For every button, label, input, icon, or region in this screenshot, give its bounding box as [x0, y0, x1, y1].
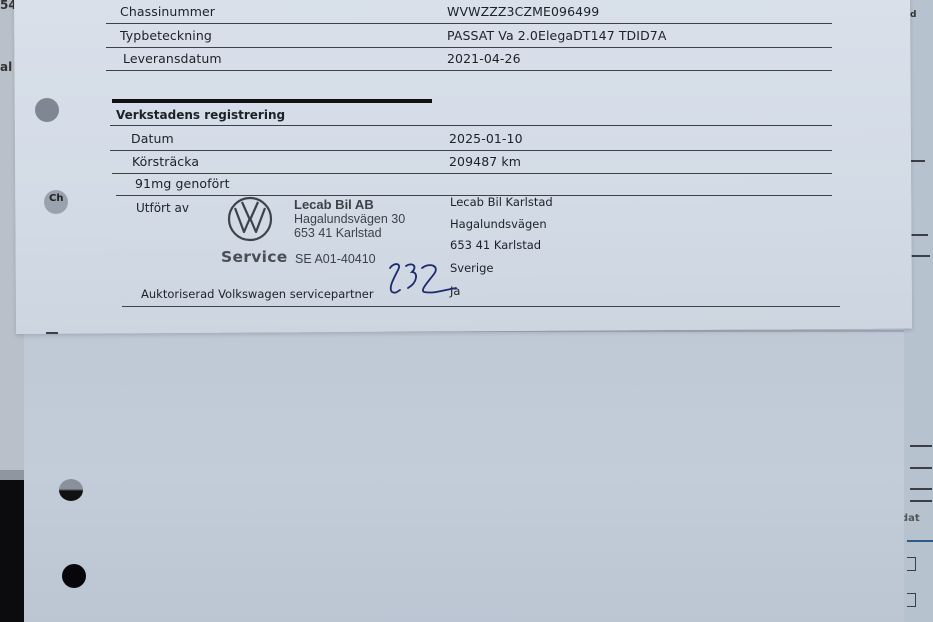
address-line: Hagalundsvägen: [450, 217, 547, 231]
background-text: Ch: [49, 193, 63, 204]
partner-label: Auktoriserad Volkswagen servicepartner: [141, 287, 374, 301]
row-label: Körsträcka: [132, 154, 199, 169]
row-label: Chassinummer: [120, 4, 215, 19]
background-checkbox: [907, 593, 916, 607]
row-value: 209487 km: [449, 154, 521, 169]
dealer-stamp: Lecab Bil AB Hagalundsvägen 30 653 41 Ka…: [294, 198, 405, 240]
dealer-id: SE A01-40410: [295, 252, 376, 266]
background-line: [907, 540, 933, 542]
background-line: [910, 488, 932, 490]
background-text: al: [0, 60, 12, 74]
row-value: PASSAT Va 2.0ElegaDT147 TDID7A: [447, 28, 667, 43]
row-value: 2025-01-10: [449, 131, 523, 146]
row-value: WVWZZZ3CZME096499: [447, 4, 599, 19]
fold-mark: [46, 332, 58, 334]
service-label: Service: [221, 248, 288, 266]
section-title-underline: [110, 103, 832, 126]
row-value: 2021-04-26: [447, 51, 521, 66]
background-line: [910, 255, 930, 257]
workshop-row-note: 91mg genofört: [116, 172, 832, 196]
dealer-name: Lecab Bil AB: [294, 198, 405, 212]
punch-hole: [62, 564, 86, 588]
punch-hole: Ch: [44, 190, 68, 214]
dealer-city: 653 41 Karlstad: [294, 226, 405, 240]
workshop-row-mileage: Körsträcka 209487 km: [112, 150, 832, 174]
address-line: 653 41 Karlstad: [450, 238, 541, 252]
workshop-row-date: Datum 2025-01-10: [110, 127, 832, 151]
row-label: Leveransdatum: [123, 51, 222, 66]
row-label: 91mg genofört: [135, 176, 230, 191]
punch-hole: [59, 479, 83, 501]
background-line: [910, 500, 932, 502]
background-line: [910, 467, 932, 469]
background-line: [910, 445, 932, 447]
performed-by-label: Utfört av: [136, 201, 189, 215]
vehicle-row-chassis: Chassinummer WVWZZZ3CZME096499: [106, 0, 832, 24]
document-lower-section: [24, 328, 904, 622]
row-label: Typbeteckning: [120, 28, 212, 43]
dealer-street: Hagalundsvägen 30: [294, 212, 405, 226]
vehicle-row-type: Typbeteckning PASSAT Va 2.0ElegaDT147 TD…: [106, 24, 832, 48]
address-line: Lecab Bil Karlstad: [450, 195, 553, 209]
punch-hole: [35, 98, 59, 122]
vw-logo-icon: [227, 196, 273, 242]
vehicle-row-delivery-date: Leveransdatum 2021-04-26: [106, 47, 832, 71]
background-checkbox: [907, 557, 916, 571]
row-label: Datum: [131, 131, 174, 146]
